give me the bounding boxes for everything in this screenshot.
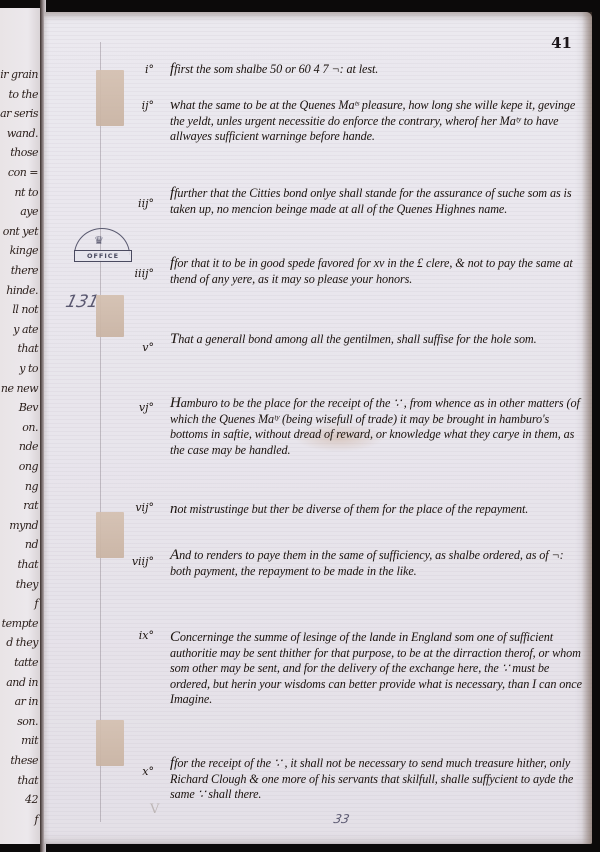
facing-page-text-line: they bbox=[16, 578, 38, 591]
facing-page-text-line: rat bbox=[23, 499, 38, 512]
facing-page-text-line: hinde. bbox=[6, 284, 38, 297]
facing-page-text-line: there bbox=[11, 264, 38, 277]
facing-page-text-line: on. bbox=[22, 421, 38, 434]
margin-rule-line bbox=[100, 42, 101, 822]
facing-page-text-line: that bbox=[18, 342, 38, 355]
facing-page-text-line: ong bbox=[19, 460, 38, 473]
facing-page-text-line: d they bbox=[6, 636, 38, 649]
facing-page-text-line: wand. bbox=[7, 127, 38, 140]
facing-page-text-line: that bbox=[18, 774, 38, 787]
facing-page-text-line: tatte bbox=[14, 656, 38, 669]
entry-paragraph: what the same to be at the Quenes Maᵗˢ p… bbox=[170, 98, 582, 145]
facing-page-text-line: ont yet bbox=[3, 225, 38, 238]
facing-page-text-line: kinge bbox=[10, 244, 38, 257]
repair-strip bbox=[96, 70, 124, 126]
facing-page-text-line: con = bbox=[8, 166, 38, 179]
facing-page-text-line: y to bbox=[19, 362, 38, 375]
marginal-number: viij° bbox=[114, 555, 154, 568]
facing-page-text-line: tempte bbox=[2, 617, 38, 630]
entry-paragraph: ffor the receipt of the ∵ , it shall not… bbox=[170, 756, 582, 803]
entry-paragraph: ffirst the som shalbe 50 or 60 4 7 ¬: at… bbox=[170, 62, 582, 78]
marginal-number: iij° bbox=[114, 197, 154, 210]
facing-page-text-line: Bev bbox=[19, 401, 38, 414]
facing-page-fragment: ir grainto thear seriswand.thosecon =nt … bbox=[0, 8, 40, 844]
facing-page-text-line: nde bbox=[19, 440, 38, 453]
facing-page-text-line: f bbox=[34, 597, 38, 610]
entry-paragraph: not mistrustinge but ther be diverse of … bbox=[170, 502, 582, 518]
archive-stamp: ♛ OFFICE bbox=[72, 228, 132, 262]
facing-page-text-line: ar in bbox=[15, 695, 38, 708]
facing-page-text-line: these bbox=[10, 754, 38, 767]
facing-page-text-line: and in bbox=[6, 676, 38, 689]
bottom-page-number: 33 bbox=[333, 812, 351, 826]
facing-page-text-line: f bbox=[34, 813, 38, 826]
facing-page-text-line: mit bbox=[21, 734, 38, 747]
marginal-number: vij° bbox=[114, 501, 154, 514]
facing-page-text-line: those bbox=[10, 146, 38, 159]
stamp-label: OFFICE bbox=[74, 250, 132, 262]
entry-paragraph: Hamburo to be the place for the receipt … bbox=[170, 396, 582, 458]
marginal-number: v° bbox=[114, 341, 154, 354]
marginal-number: iiij° bbox=[114, 267, 154, 280]
entry-paragraph: That a generall bond among all the genti… bbox=[170, 332, 582, 348]
facing-page-text-line: ne new bbox=[1, 382, 38, 395]
entry-paragraph: Concerninge the summe of lesinge of the … bbox=[170, 630, 582, 708]
marginal-number: ix° bbox=[114, 629, 154, 642]
facing-page-text-line: ir grain bbox=[0, 68, 38, 81]
marginal-number: x° bbox=[114, 765, 154, 778]
facing-page-text-line: y ate bbox=[13, 323, 38, 336]
manuscript-page: 41 ♛ OFFICE 131 33 V i° ij° iij° iiij° v… bbox=[44, 12, 592, 844]
entry-paragraph: ffor that it to be in good spede favored… bbox=[170, 256, 582, 287]
entry-paragraph: And to renders to paye them in the same … bbox=[170, 548, 582, 579]
repair-strip bbox=[96, 295, 124, 337]
folio-number: 41 bbox=[551, 34, 572, 52]
facing-page-text-line: nt to bbox=[14, 186, 38, 199]
margin-mark: V bbox=[150, 802, 159, 817]
repair-strip bbox=[96, 512, 124, 558]
entry-paragraph: ffurther that the Citties bond onlye sha… bbox=[170, 186, 582, 217]
facing-page-text-line: nd bbox=[25, 538, 38, 551]
page-edge-shadow bbox=[582, 12, 592, 844]
marginal-number: ij° bbox=[114, 99, 154, 112]
facing-page-text-line: that bbox=[18, 558, 38, 571]
marginal-number: vj° bbox=[114, 401, 154, 414]
repair-strip bbox=[96, 720, 124, 766]
marginal-number: i° bbox=[114, 63, 154, 76]
facing-page-text-line: mynd bbox=[9, 519, 38, 532]
crown-icon: ♛ bbox=[94, 234, 104, 247]
facing-page-text-line: 42 bbox=[25, 793, 38, 806]
facing-page-text-line: son. bbox=[17, 715, 38, 728]
facing-page-text-line: ar seris bbox=[0, 107, 38, 120]
facing-page-text-line: to the bbox=[8, 88, 38, 101]
facing-page-text-line: ng bbox=[25, 480, 38, 493]
facing-page-text-line: ll not bbox=[12, 303, 38, 316]
facing-page-text-line: aye bbox=[20, 205, 38, 218]
